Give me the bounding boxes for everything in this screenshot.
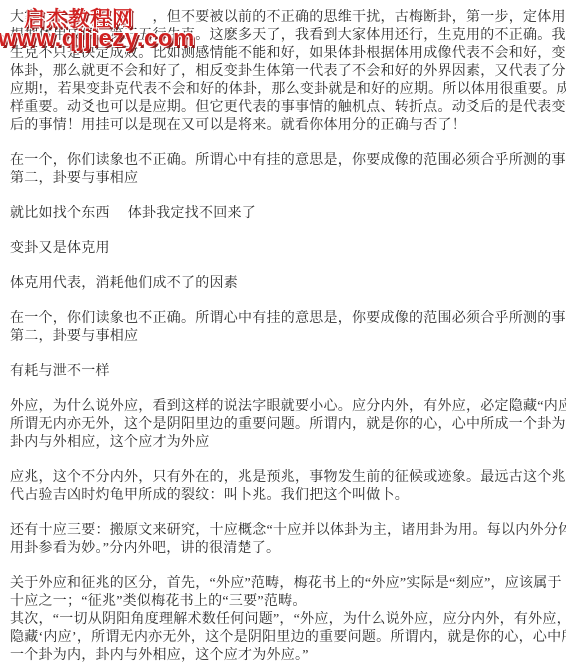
paragraph: 在一个，你们读象也不正确。所谓心中有挂的意思是，你要成像的范围必须合乎所测的事情… [10,152,566,188]
text-line: 其次，“一切从阴阳角度理解术数任何问题”，“外应，为什么说外应，应分内外，有外应… [10,611,566,629]
text-line: 第二，卦要与事相应 [10,170,566,188]
text-line: 有耗与泄不一样 [10,363,566,381]
paragraph: 在一个，你们读象也不正确。所谓心中有挂的意思是，你要成像的范围必须合乎所测的事情… [10,310,566,346]
text-line: 应期!，若果变卦克代表不会和好的体卦，那么变卦就是和好的应期。所以体用很重要。成… [10,81,566,99]
text-line: 关于外应和征兆的区分，首先，“外应”范畴，梅花书上的“外应”实际是“刻应”，应该… [10,575,566,593]
text-line: 体卦，那么就更不会和好了，相反变卦生体第一代表了不会和好的外界因素，又代表了分手… [10,63,566,81]
paragraph: 还有十应三要：搬原文来研究，十应概念“十应并以体卦为主，诸用卦为用。每以内外分体… [10,522,566,558]
text-line: 体克用代表，消耗他们成不了的因素 [10,275,566,293]
paragraph: 大家 ，但不要被以前的不正确的思维干扰，古梅断卦，第一步，定体用，第二部根据体用… [10,9,566,135]
text-line: 卦内与外相应，这个应才为外应 [10,434,566,452]
text-line: 在一个，你们读象也不正确。所谓心中有挂的意思是，你要成像的范围必须合乎所测的事情… [10,152,566,170]
paragraph: 应兆，这个不分内外，只有外在的，兆是预兆，事物发生前的征候或迹象。最远古这个兆，… [10,469,566,505]
text-line: 所谓无内亦无外，这个是阴阳里边的重要问题。所谓内，就是你的心，心中所成一个卦为内… [10,416,566,434]
paragraph: 关于外应和征兆的区分，首先，“外应”范畴，梅花书上的“外应”实际是“刻应”，应该… [10,575,566,665]
paragraph: 体克用代表，消耗他们成不了的因素 [10,275,566,293]
text-line: 应兆，这个不分内外，只有外在的，兆是预兆，事物发生前的征候或迹象。最远古这个兆，… [10,469,566,487]
text-line: 十应之一；“征兆”类似梅花书上的“三要”范畴。 [10,593,566,611]
document-page: 大家 ，但不要被以前的不正确的思维干扰，古梅断卦，第一步，定体用，第二部根据体用… [0,0,576,671]
text-line: 根据体用成像，第三五行生克。这麽多天了，我看到大家体用还行，生克用的不正确。我们… [10,27,566,45]
text-line: 大家 ，但不要被以前的不正确的思维干扰，古梅断卦，第一步，定体用，第二部 [10,9,566,27]
text-line: 第二，卦要与事相应 [10,328,566,346]
text-line: 在一个，你们读象也不正确。所谓心中有挂的意思是，你要成像的范围必须合乎所测的事情… [10,310,566,328]
text-line: 就比如找个东西 体卦我定找不回来了 [10,205,566,223]
text-line: 后的事情！用挂可以是现在又可以是将来。就看你体用分的正确与否了！ [10,117,566,135]
text-line: 生克不只是决定成败。比如测感情能不能和好，如果体卦根据体用成像代表不会和好，变卦… [10,45,566,63]
text-line: 还有十应三要：搬原文来研究，十应概念“十应并以体卦为主，诸用卦为用。每以内外分体… [10,522,566,540]
text-line: 代占验吉凶时灼龟甲所成的裂纹：叫卜兆。我们把这个叫做卜。 [10,487,566,505]
document-text: 大家 ，但不要被以前的不正确的思维干扰，古梅断卦，第一步，定体用，第二部根据体用… [0,0,576,665]
text-line: 外应，为什么说外应，看到这样的说法字眼就要小心。应分内外，有外应，必定隐藏“内应… [10,398,566,416]
paragraph: 变卦又是体克用 [10,240,566,258]
text-line: 隐藏‘内应’，所谓无内亦无外，这个是阴阳里边的重要问题。所谓内，就是你的心，心中… [10,629,566,647]
paragraph: 有耗与泄不一样 [10,363,566,381]
text-line: 样重要。动爻也可以是应期。但它更代表的事事情的触机点、转折点。动爻后的是代表变化… [10,99,566,117]
text-line: 用卦参看为妙。”分内外吧，讲的很清楚了。 [10,540,566,558]
paragraph: 外应，为什么说外应，看到这样的说法字眼就要小心。应分内外，有外应，必定隐藏“内应… [10,398,566,452]
text-line: 一个卦为内，卦内与外相应，这个应才为外应。” [10,647,566,665]
text-line: 变卦又是体克用 [10,240,566,258]
paragraph: 就比如找个东西 体卦我定找不回来了 [10,205,566,223]
